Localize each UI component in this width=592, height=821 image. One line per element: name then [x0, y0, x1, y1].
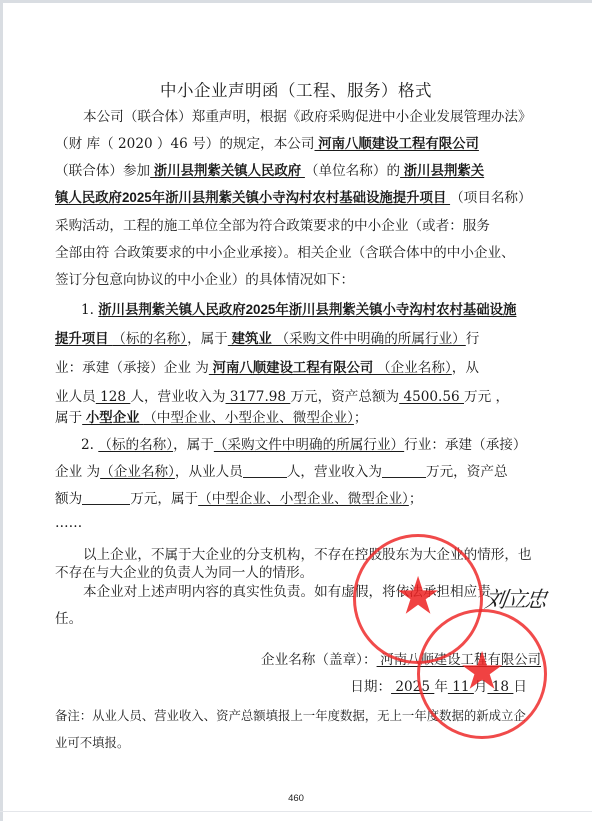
item1-scale: 小型企业	[82, 410, 143, 425]
static-text: 属于	[55, 410, 82, 426]
static-text: ；	[354, 410, 368, 426]
star-icon: ★	[395, 570, 442, 622]
item1-line-3: 业：承建（承接）企业 为 河南八顺建设工程有限公司 （企业名称），从	[55, 359, 543, 377]
item1-industry: 建筑业	[228, 331, 276, 346]
item-number: 1.	[81, 302, 98, 318]
static-text: ；	[409, 491, 423, 507]
static-text: ，从	[452, 360, 479, 376]
item1-line-5: 属于 小型企业 （中型企业、小型企业、微型企业）；	[55, 409, 543, 427]
static-text: 行业：承建（承接）	[404, 437, 526, 453]
label-text: （中型企业、小型企业、微型企业）	[198, 491, 409, 507]
intro-text: （单位名称）的	[305, 163, 400, 179]
project-name-field: 镇人民政府2025年浙川县荆紫关镇小寺沟村农村基础设施提升项目	[55, 190, 450, 205]
intro-line-2: （财 库（ 2020 ）46 号）的规定，本公司 河南八顺建设工程有限公司	[55, 135, 543, 153]
item1-subject-name: 提升项目	[55, 331, 112, 346]
static-text: 万元，资产总	[426, 464, 508, 480]
item-number: 2.	[81, 437, 98, 453]
item2-line-3: 额为万元，属于（中型企业、小型企业、微型企业）；	[55, 490, 543, 508]
page-number: 460	[0, 793, 592, 804]
intro-line-4: 镇人民政府2025年浙川县荆紫关镇小寺沟村农村基础设施提升项目 （项目名称）	[55, 189, 543, 207]
intro-text: 本公司（联合体）郑重声明，根据《政府采购促进中小企业发展管理办法》	[83, 109, 532, 125]
intro-line-3: （联合体）参加 浙川县荆紫关镇人民政府 （单位名称）的 浙川县荆紫关	[55, 162, 543, 180]
company-seal-label: 企业名称（盖章）：	[261, 652, 377, 668]
intro-text: （财 库（ 2020 ）46 号）的规定，本公司	[55, 136, 315, 152]
static-text: 行	[466, 331, 480, 347]
item1-revenue: 3177.98	[226, 389, 291, 405]
static-text: 业人员	[55, 389, 96, 405]
blank-assets	[82, 490, 130, 505]
static-text: 业：承建（承接）企业 为	[55, 360, 209, 376]
intro-line-7: 签订分包意向协议的中小企业）的具体情况如下：	[55, 271, 543, 289]
label-text: （采购文件中明确的所属行业）	[214, 437, 404, 453]
label-text: （标的名称）	[98, 437, 173, 453]
static-text: 企业 为	[55, 464, 100, 480]
static-text: 人，营业收入为	[287, 464, 382, 480]
blank-employees	[243, 463, 287, 478]
handwritten-signature: 刘立忠	[483, 583, 547, 614]
page-border-top	[0, 0, 592, 3]
item1-line-2: 提升项目 （标的名称），属于 建筑业 （采购文件中明确的所属行业）行	[55, 330, 543, 348]
project-name-field: 浙川县荆紫关	[400, 163, 484, 178]
intro-line-6: 全部由符 合政策要求的中小企业承接）。相关企业（含联合体中的中小企业、	[55, 244, 543, 262]
static-text: ，从业人员	[175, 464, 243, 480]
static-text: 万元 ，	[464, 389, 509, 405]
intro-line-5: 采购活动，工程的施工单位全部为符合政策要求的中小企业（或者：服务	[55, 217, 543, 235]
item1-assets: 4500.56	[399, 389, 464, 405]
page-border-bottom	[0, 811, 592, 812]
label-text: （中型企业、小型企业、微型企业）	[143, 410, 354, 426]
blank-revenue	[382, 463, 426, 478]
label-text: （企业名称）	[377, 360, 452, 376]
intro-text: （联合体）参加	[55, 163, 150, 179]
item2-line-1: 2. （标的名称），属于（采购文件中明确的所属行业）行业：承建（承接）	[55, 436, 543, 454]
item1-line-4: 业人员 128 人，营业收入为 3177.98 万元，资产总额为 4500.56…	[55, 388, 543, 406]
item1-company: 河南八顺建设工程有限公司	[209, 360, 377, 375]
company-name-field: 河南八顺建设工程有限公司	[315, 136, 479, 151]
static-text: ，属于	[187, 331, 228, 347]
star-icon: ★	[459, 645, 506, 697]
static-text: ，属于	[173, 437, 214, 453]
static-text: 人，营业收入为	[130, 389, 225, 405]
ellipsis: ……	[55, 514, 543, 532]
date-label: 日期：	[350, 679, 391, 695]
label-text: （企业名称）	[100, 464, 175, 480]
item1-line-1: 1. 浙川县荆紫关镇人民政府2025年浙川县荆紫关镇小寺沟村农村基础设施	[55, 301, 543, 319]
company-seal-stamp-2: ★	[417, 609, 547, 739]
buyer-name-field: 浙川县荆紫关镇人民政府	[150, 163, 305, 178]
item1-subject-name: 浙川县荆紫关镇人民政府2025年浙川县荆紫关镇小寺沟村农村基础设施	[98, 302, 516, 317]
item1-employees: 128	[96, 389, 131, 405]
page-border-left	[0, 0, 3, 821]
static-text: 万元，资产总额为	[290, 389, 399, 405]
intro-text: （项目名称）	[450, 190, 532, 206]
label-text: （标的名称）	[112, 331, 187, 347]
intro-line-1: 本公司（联合体）郑重声明，根据《政府采购促进中小企业发展管理办法》	[55, 108, 543, 126]
document-title: 中小企业声明函（工程、服务）格式	[0, 77, 592, 101]
item2-line-2: 企业 为（企业名称），从业人员人，营业收入为万元，资产总	[55, 463, 543, 481]
label-text: （采购文件中明确的所属行业）	[275, 331, 465, 347]
static-text: 额为	[55, 491, 82, 507]
static-text: 万元，属于	[130, 491, 198, 507]
